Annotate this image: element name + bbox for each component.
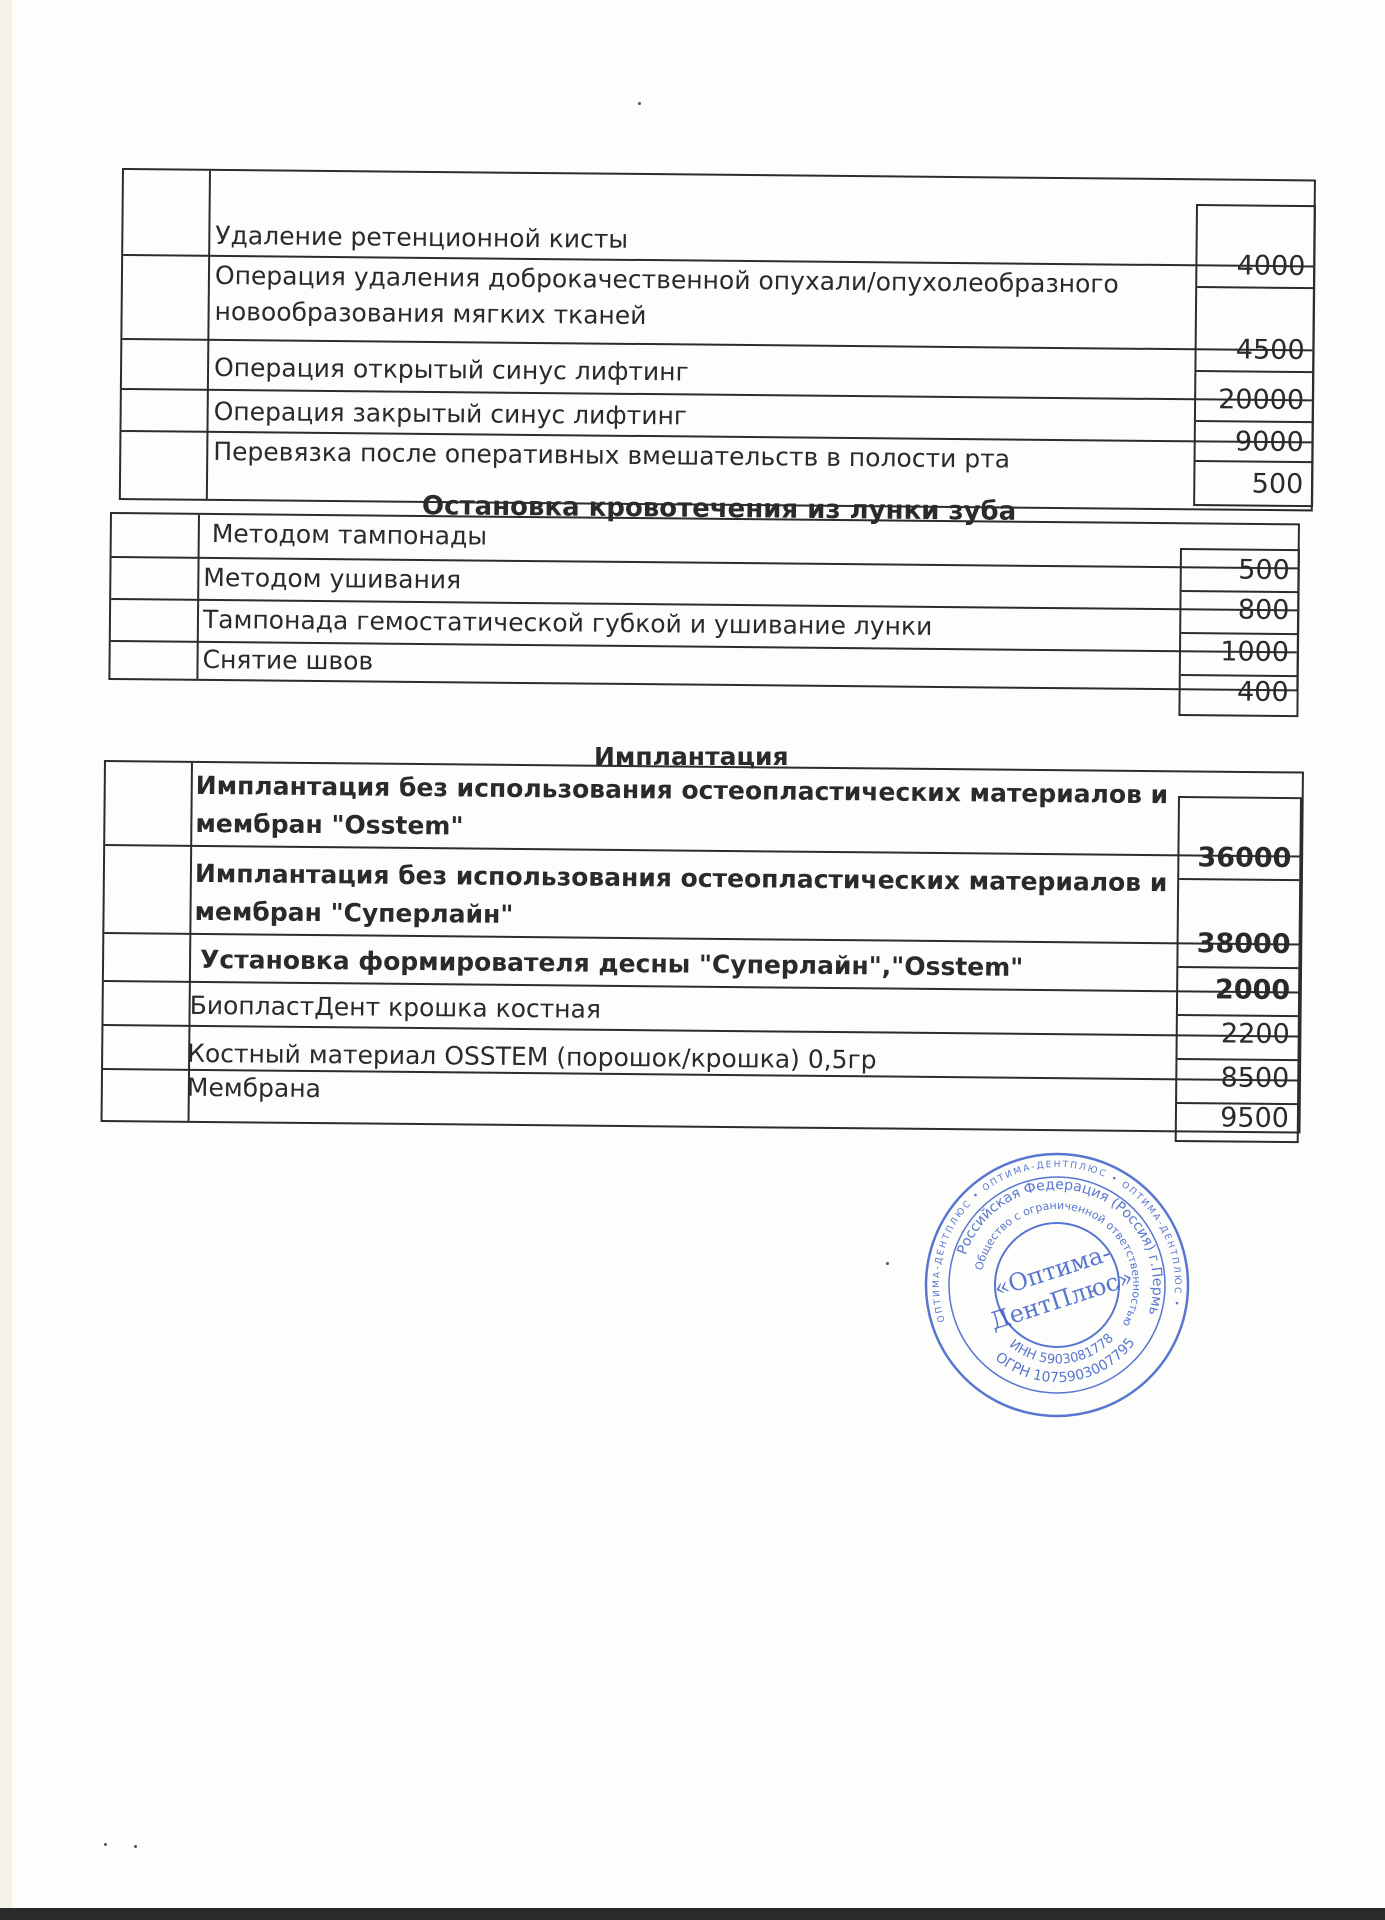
service-price: 20000 [1218,384,1304,416]
table-row: Имплантация без использования остеопласт… [105,762,1302,855]
service-price: 2200 [1221,1018,1290,1050]
table-row: Имплантация без использования остеопласт… [104,844,1301,943]
service-price: 9500 [1220,1102,1289,1134]
scan-speck [886,1262,889,1265]
service-description: Перевязка после оперативных вмешательств… [213,435,1010,476]
table-row: Удаление ретенционной кисты [123,170,1314,265]
service-description: Операция закрытый синус лифтинг [214,395,688,433]
service-price: 1000 [1220,636,1289,668]
scanned-document-page: Удаление ретенционной кисты Операция уда… [0,0,1385,1920]
company-seal-stamp: ОПТИМА-ДЕНТПЛЮС • ОПТИМА-ДЕНТПЛЮС • ОПТИ… [887,1115,1227,1455]
implant-price-column: 36000 38000 2000 2200 8500 9500 [1175,796,1302,1143]
service-price: 38000 [1196,928,1290,960]
service-description: Установка формирователя десны "Суперлайн… [200,943,1023,984]
bleeding-price-table: Методом тампонады Методом ушивания Тампо… [108,512,1300,691]
service-price: 36000 [1197,842,1291,874]
bleeding-price-column: 500 800 1000 400 [1178,548,1300,717]
service-description: мембран "Суперлайн" [194,895,513,931]
service-description: Операция открытый синус лифтинг [214,351,689,389]
service-description: новообразования мягких тканей [214,295,646,332]
service-description: Методом ушивания [203,561,461,596]
service-description: мембран "Osstem" [195,807,463,843]
service-price: 4000 [1237,250,1306,282]
service-description: Снятие швов [202,643,373,678]
scan-speck [104,1843,107,1846]
service-price: 9000 [1235,426,1304,458]
service-description: Тампонада гемостатической губкой и ушива… [203,603,933,643]
surgery-price-column: 4000 4500 20000 9000 500 [1193,204,1316,507]
service-price: 800 [1238,595,1290,626]
service-price: 500 [1252,469,1304,500]
scan-speck [638,102,641,105]
scan-speck [134,1845,137,1848]
service-description: Операция удаления доброкачественной опух… [215,259,1119,301]
service-description: Имплантация без использования остеопласт… [196,769,1169,811]
table-row: Операция удаления доброкачественной опух… [122,254,1313,349]
scan-left-edge [0,0,12,1920]
surgery-price-table: Удаление ретенционной кисты Операция уда… [119,168,1316,511]
implant-price-table: Имплантация без использования остеопласт… [101,760,1304,1134]
service-price: 4500 [1236,334,1305,366]
service-price: 2000 [1215,974,1290,1006]
service-description: БиопластДент крошка костная [189,989,601,1026]
service-price: 8500 [1220,1062,1289,1094]
service-price: 500 [1238,555,1290,586]
service-description: Методом тампонады [212,517,488,553]
service-description: Удаление ретенционной кисты [215,219,628,256]
scan-bottom-edge [0,1908,1385,1920]
service-description: Мембрана [187,1071,321,1105]
service-description: Имплантация без использования остеопласт… [195,857,1168,899]
service-price: 400 [1237,677,1289,708]
